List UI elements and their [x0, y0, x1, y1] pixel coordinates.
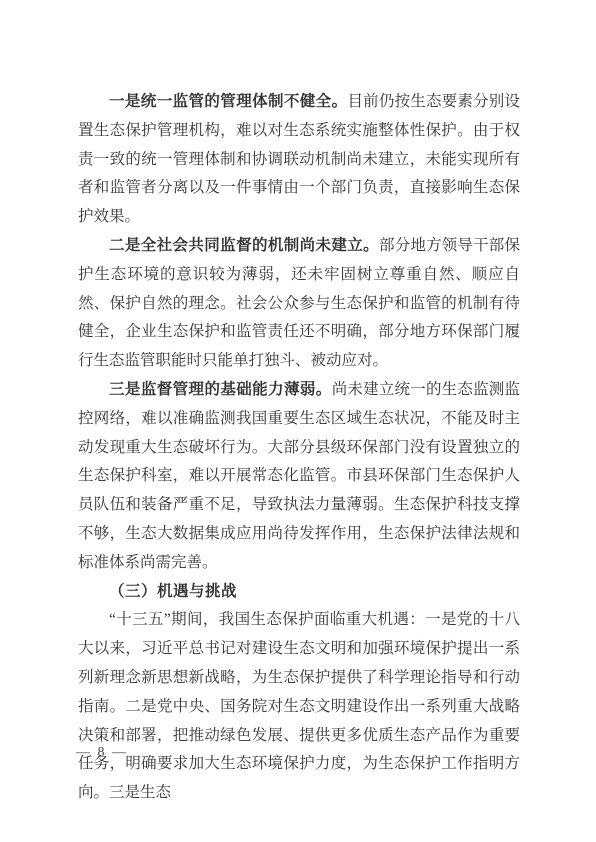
paragraph-3: 三是监督管理的基础能力薄弱。尚未建立统一的生态监测监控网络，难以准确监测我国重要…	[78, 376, 520, 578]
document-body: 一是统一监管的管理体制不健全。目前仍按生态要素分别设置生态保护管理机构，难以对生…	[78, 88, 520, 808]
section-heading: （三）机遇与挑战	[78, 578, 520, 607]
paragraph-3-text: 尚未建立统一的生态监测监控网络，难以准确监测我国重要生态区域生态状况，不能及时主…	[78, 381, 520, 571]
document-page: 一是统一监管的管理体制不健全。目前仍按生态要素分别设置生态保护管理机构，难以对生…	[0, 0, 596, 842]
paragraph-1-text: 目前仍按生态要素分别设置生态保护管理机构，难以对生态系统实施整体性保护。由于权责…	[78, 93, 520, 225]
paragraph-3-lead: 三是监督管理的基础能力薄弱。	[109, 381, 332, 398]
paragraph-4: “十三五”期间，我国生态保护面临重大机遇：一是党的十八大以来，习近平总书记对建设…	[78, 606, 520, 808]
paragraph-4-text: “十三五”期间，我国生态保护面临重大机遇：一是党的十八大以来，习近平总书记对建设…	[78, 611, 520, 801]
page-number: — 8 —	[76, 745, 128, 761]
paragraph-2: 二是全社会共同监督的机制尚未建立。部分地方领导干部保护生态环境的意识较为薄弱，还…	[78, 232, 520, 376]
paragraph-1: 一是统一监管的管理体制不健全。目前仍按生态要素分别设置生态保护管理机构，难以对生…	[78, 88, 520, 232]
paragraph-2-lead: 二是全社会共同监督的机制尚未建立。	[109, 237, 379, 254]
paragraph-1-lead: 一是统一监管的管理体制不健全。	[109, 93, 347, 110]
paragraph-2-text: 部分地方领导干部保护生态环境的意识较为薄弱，还未牢固树立尊重自然、顺应自然、保护…	[78, 237, 520, 369]
